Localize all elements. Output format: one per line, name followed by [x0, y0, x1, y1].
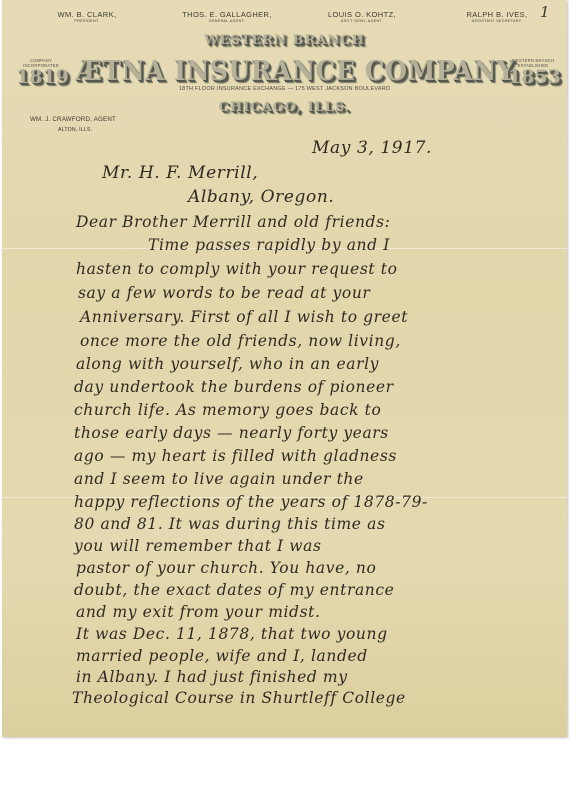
officer-president: WM. B. CLARK, PRESIDENT. — [32, 10, 142, 23]
letter-line: day undertook the burdens of pioneer — [74, 378, 394, 396]
letter-line: church life. As memory goes back to — [74, 401, 381, 419]
letter-line: those early days — nearly forty years — [74, 424, 389, 442]
letter-line: happy reflections of the years of 1878-7… — [74, 493, 428, 511]
officer-name: LOUIS O. KOHTZ, — [307, 10, 417, 19]
letter-line: doubt, the exact dates of my entrance — [74, 581, 394, 599]
letter-line: married people, wife and I, landed — [76, 647, 368, 665]
letter-line: Theological Course in Shurtleff College — [72, 689, 406, 707]
agent-name: WM. J. CRAWFORD, AGENT — [30, 116, 116, 123]
recipient-place: Albany, Oregon. — [188, 187, 334, 207]
letter-line: once more the old friends, now living, — [80, 332, 401, 350]
recipient-name: Mr. H. F. Merrill, — [102, 163, 258, 183]
officer-title: ASS'T GEN'L AGENT. — [307, 19, 417, 23]
officer-asst-secretary: RALPH B. IVES, ASSISTANT SECRETARY. — [442, 10, 552, 23]
officer-title: GENERAL AGENT. — [172, 19, 282, 23]
letter-line: say a few words to be read at your — [78, 284, 370, 302]
officer-title: ASSISTANT SECRETARY. — [442, 19, 552, 23]
established-year: 1853 — [508, 66, 561, 88]
letter-line: It was Dec. 11, 1878, that two young — [76, 625, 388, 643]
salutation: Dear Brother Merrill and old friends: — [76, 213, 390, 231]
officer-name: RALPH B. IVES, — [442, 10, 552, 19]
branch-heading: WESTERN BRANCH — [2, 33, 567, 48]
letter-line: ago — my heart is filled with gladness — [74, 447, 397, 465]
officer-title: PRESIDENT. — [32, 19, 142, 23]
agent-city: ALTON, ILLS. — [58, 127, 92, 133]
officer-general-agent: THOS. E. GALLAGHER, GENERAL AGENT. — [172, 10, 282, 23]
officer-name: WM. B. CLARK, — [32, 10, 142, 19]
letter-line: and I seem to live again under the — [74, 470, 364, 488]
letter-line: hasten to comply with your request to — [76, 260, 398, 278]
officer-name: THOS. E. GALLAGHER, — [172, 10, 282, 19]
company-name: ÆTNA INSURANCE COMPANY — [76, 56, 515, 87]
officer-asst-general-agent: LOUIS O. KOHTZ, ASS'T GEN'L AGENT. — [307, 10, 417, 23]
letter-line: Anniversary. First of all I wish to gree… — [80, 308, 408, 326]
letter-line: you will remember that I was — [74, 537, 322, 555]
letter-line: Time passes rapidly by and I — [148, 236, 390, 254]
company-address: 18TH FLOOR INSURANCE EXCHANGE — 175 WEST… — [2, 86, 567, 92]
letter-line: along with yourself, who in an early — [76, 355, 379, 373]
letter-page: 1 WM. B. CLARK, PRESIDENT. THOS. E. GALL… — [2, 0, 567, 737]
letter-line: in Albany. I had just finished my — [76, 668, 348, 686]
company-city: CHICAGO, ILLS. — [2, 100, 567, 115]
letter-line: 80 and 81. It was during this time as — [74, 515, 386, 533]
incorporated-year: 1819 — [16, 66, 69, 88]
letter-line: pastor of your church. You have, no — [76, 559, 376, 577]
letter-date: May 3, 1917. — [312, 138, 432, 158]
letter-line: and my exit from your midst. — [76, 603, 320, 621]
